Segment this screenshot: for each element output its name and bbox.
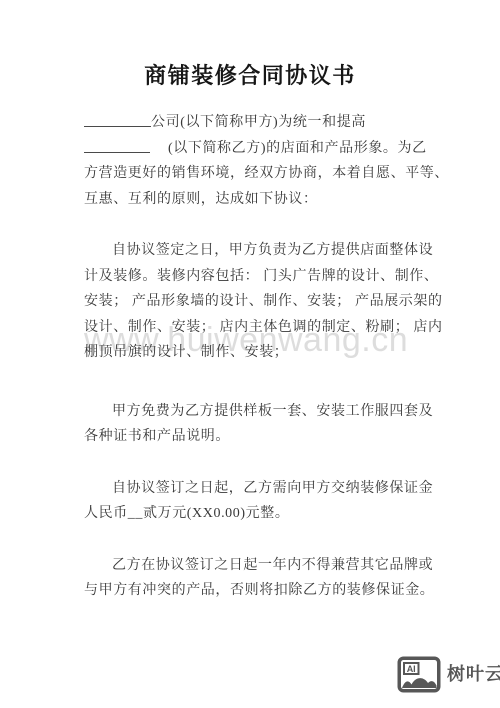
ai-image-icon: AI	[397, 656, 441, 693]
document-title: 商铺装修合同协议书	[0, 62, 500, 90]
text-line: 与甲方有冲突的产品，否则将扣除乙方的装修保证金。	[84, 578, 429, 604]
text-line: 计及装修。装修内容包括： 门头广告牌的设计、制作、	[84, 264, 429, 290]
paragraph-decoration-scope: 自协议签定之日，甲方负责为乙方提供店面整体设 计及装修。装修内容包括： 门头广告…	[84, 238, 429, 366]
document-body: 公司(以下简称甲方)为统一和提高 (以下简称乙方)的店面和产品形象。为乙 方营造…	[84, 110, 429, 604]
paragraph-parties: 公司(以下简称甲方)为统一和提高 (以下简称乙方)的店面和产品形象。为乙 方营造…	[84, 110, 429, 212]
line-text: 公司(以下简称甲方)为统一和提高	[151, 115, 366, 130]
site-brand: AI 树叶云	[397, 656, 500, 693]
text-line: 公司(以下简称甲方)为统一和提高	[84, 110, 429, 136]
line-text: (以下简称乙方)的店面和产品形象。为乙	[168, 141, 427, 156]
text-line: 甲方免费为乙方提供样板一套、安装工作服四套及	[84, 399, 429, 425]
text-line: 设计、制作、安装； 店内主体色调的制定、粉刷； 店内	[84, 315, 429, 341]
ai-icon-label: AI	[407, 664, 416, 674]
text-line: 互惠、互利的原则，达成如下协议：	[84, 187, 429, 213]
text-line: 自协议签订之日起，乙方需向甲方交纳装修保证金	[84, 476, 429, 502]
blank-underline-party-b	[84, 139, 150, 153]
paragraph-exclusivity: 乙方在协议签订之日起一年内不得兼营其它品牌或 与甲方有冲突的产品，否则将扣除乙方…	[84, 553, 429, 604]
text-line: (以下简称乙方)的店面和产品形象。为乙	[84, 136, 429, 162]
text-line: 乙方在协议签订之日起一年内不得兼营其它品牌或	[84, 553, 429, 579]
brand-name: 树叶云	[447, 656, 500, 693]
text-line: 方营造更好的销售环境，经双方协商，本着自愿、平等、	[84, 161, 429, 187]
text-line: 棚顶吊旗的设计、制作、安装；	[84, 340, 429, 366]
text-line: 自协议签定之日，甲方负责为乙方提供店面整体设	[84, 238, 429, 264]
paragraph-free-items: 甲方免费为乙方提供样板一套、安装工作服四套及 各种证书和产品说明。	[84, 399, 429, 450]
blank-underline-party-a	[84, 113, 151, 127]
text-line: 各种证书和产品说明。	[84, 424, 429, 450]
document-page: www.huiwenwang.cn 商铺装修合同协议书 公司(以下简称甲方)为统…	[0, 0, 500, 708]
text-line: 安装； 产品形象墙的设计、制作、安装； 产品展示架的	[84, 289, 429, 315]
text-line: 人民币__贰万元(XX0.00)元整。	[84, 501, 429, 527]
paragraph-deposit: 自协议签订之日起，乙方需向甲方交纳装修保证金 人民币__贰万元(XX0.00)元…	[84, 476, 429, 527]
